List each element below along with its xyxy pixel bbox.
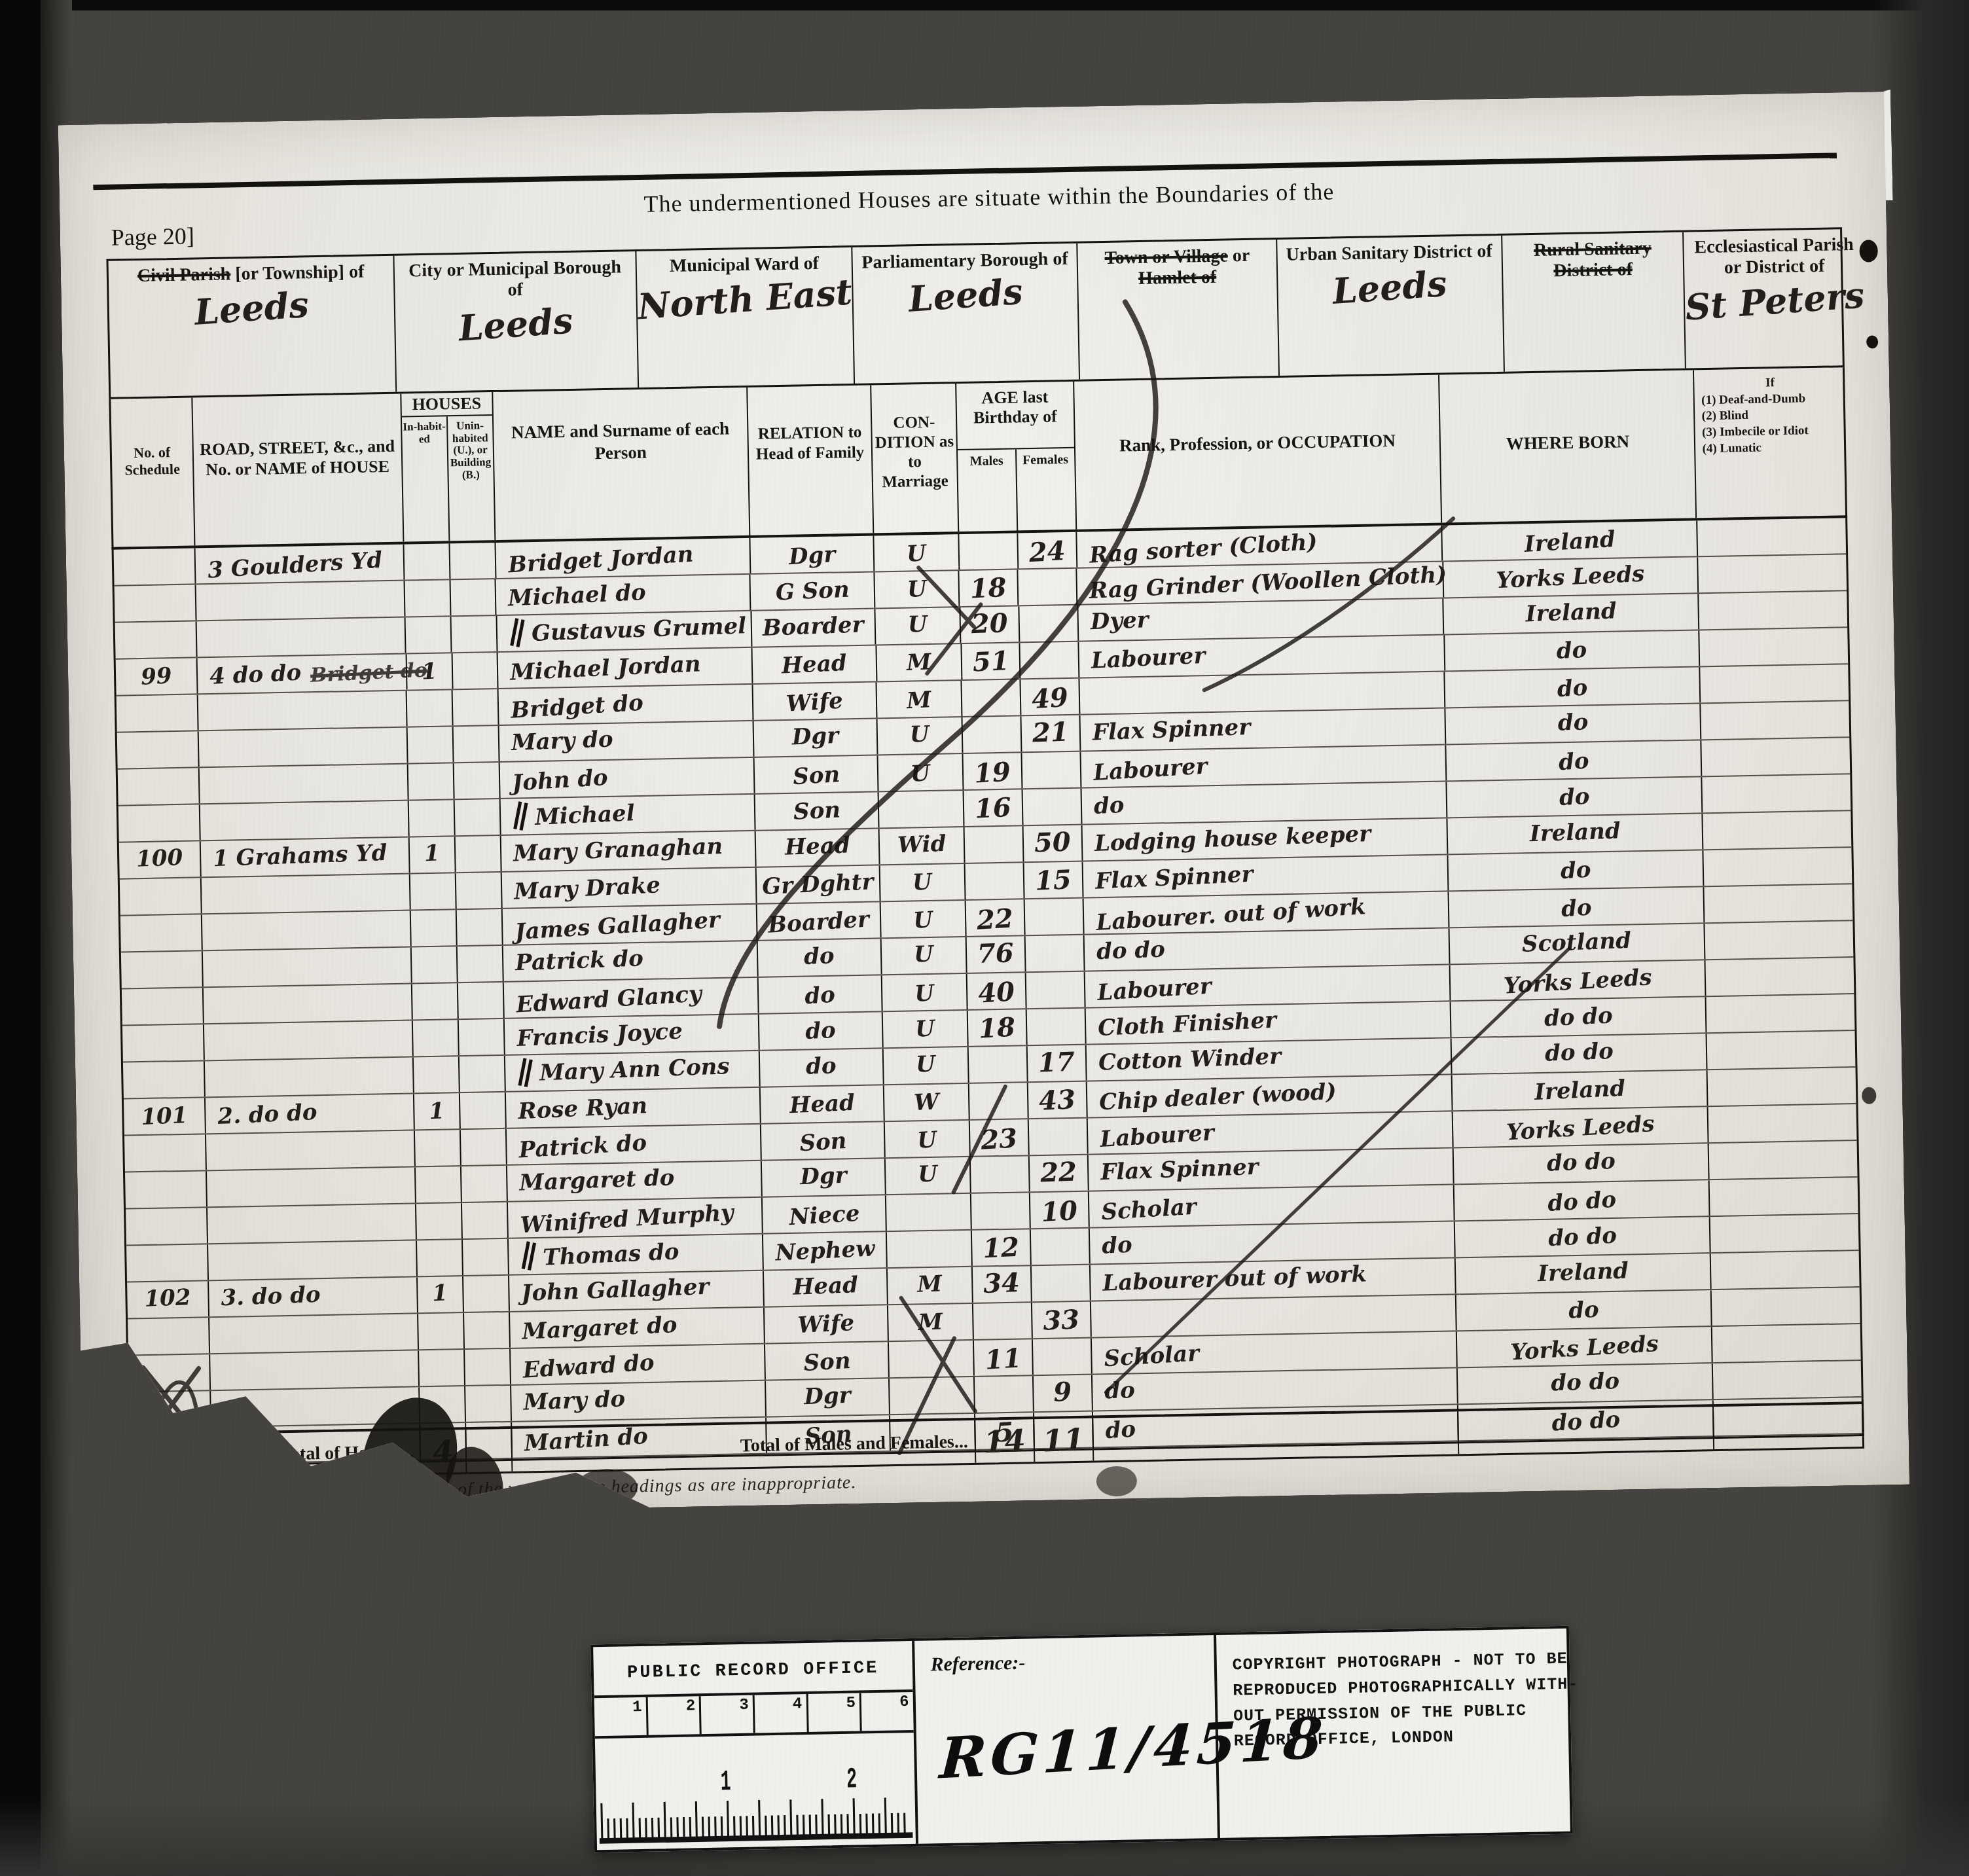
person-name: John Gallagher	[520, 1274, 709, 1307]
condition-value: U	[915, 1015, 935, 1042]
occupation-value: Cotton Winder	[1098, 1043, 1281, 1076]
cell-relation: Dgr	[766, 1379, 891, 1416]
cell-name: Edward do	[511, 1344, 766, 1384]
cell-age-female	[1022, 789, 1082, 825]
ruler-ticks-svg: 1 2	[595, 1733, 916, 1850]
cell-condition: W	[884, 1084, 970, 1121]
cell-name: Francis Joyce	[505, 1015, 760, 1055]
household-separator-mark: ∥	[506, 615, 528, 653]
cell-schedule	[121, 951, 204, 988]
cell-inhabited: 1	[406, 653, 453, 689]
where-born-value: Yorks Leeds	[1509, 1331, 1659, 1366]
cell-occupation: Labourer. out of work	[1083, 892, 1450, 933]
cell-name: Edward Glancy	[503, 978, 759, 1018]
cell-road	[209, 1314, 419, 1353]
occupation-value: Dyer	[1090, 607, 1149, 635]
condition-value: M	[906, 687, 932, 714]
col-header-condition: CON-DITION as to Marriage	[871, 384, 959, 533]
cell-infirmity	[1704, 884, 1852, 922]
cell-condition: U	[881, 901, 967, 937]
cell-road	[201, 874, 410, 913]
infirmity-header-line: (4) Lunatic	[1702, 439, 1840, 458]
cell-name: Rose Ryan	[506, 1088, 761, 1128]
inhabited-mark: 1	[432, 1280, 448, 1307]
cell-occupation: Rag Grinder (Woollen Cloth)	[1077, 562, 1444, 604]
cell-name: Mary do	[511, 1381, 767, 1421]
cell-infirmity	[1701, 738, 1850, 776]
age-female-value: 10	[1040, 1195, 1078, 1227]
person-name: Francis Joyce	[516, 1018, 683, 1052]
cell-name: James Gallagher	[502, 905, 757, 945]
cell-uninhabited	[462, 1202, 509, 1238]
occupation-value: Chip dealer (wood)	[1098, 1079, 1337, 1116]
cell-uninhabited	[450, 543, 496, 579]
cell-infirmity	[1707, 1031, 1855, 1069]
cell-schedule: 99	[116, 658, 198, 694]
cell-uninhabited	[454, 763, 500, 799]
cell-schedule	[125, 1171, 208, 1208]
cell-occupation: Rag sorter (Cloth)	[1077, 526, 1443, 568]
cell-age-male	[971, 1156, 1030, 1193]
infirmity-header-line: If	[1701, 374, 1839, 393]
cell-name: ∥Michael	[500, 795, 755, 835]
cell-uninhabited	[451, 616, 497, 652]
cell-age-female	[1027, 1009, 1087, 1045]
occupation-value: Rag sorter (Cloth)	[1089, 529, 1318, 569]
cell-age-male	[963, 716, 1022, 753]
cell-condition	[879, 791, 965, 827]
age-male-value: 19	[973, 756, 1011, 789]
cell-age-female	[1031, 1229, 1091, 1265]
relation-value: Son	[792, 761, 840, 790]
header-box-label-segment: Civil Parish	[137, 264, 231, 286]
cell-where-born: do do	[1455, 1217, 1710, 1257]
col-header-infirmity: If(1) Deaf-and-Dumb(2) Blind(3) Imbecile…	[1694, 367, 1845, 518]
condition-value: M	[906, 649, 931, 676]
pro-stamp-card: PUBLIC RECORD OFFICE 123456 1 2 Referenc…	[590, 1626, 1573, 1853]
cell-where-born: do	[1447, 777, 1703, 817]
age-male-value: 23	[980, 1123, 1018, 1155]
ruler-segment: 6	[861, 1692, 914, 1731]
cell-age-female	[1029, 1119, 1089, 1155]
where-born-value: do	[1557, 675, 1589, 703]
cell-occupation	[1091, 1295, 1458, 1337]
cell-road	[198, 691, 407, 731]
cell-road	[207, 1167, 416, 1206]
condition-value: U	[912, 869, 933, 895]
cell-occupation: Flax Spinner	[1088, 1148, 1454, 1190]
cell-where-born: do do	[1452, 1034, 1707, 1073]
cell-inhabited	[417, 1240, 463, 1276]
person-name: Bridget Jordan	[507, 541, 694, 579]
person-name: Thomas do	[543, 1238, 680, 1271]
relation-value: Dgr	[788, 541, 836, 570]
cell-condition: U	[876, 607, 962, 644]
ruler-segment: 5	[808, 1693, 862, 1732]
cell-age-male: 23	[970, 1119, 1030, 1156]
road-name: 4 do do	[209, 660, 302, 690]
cell-condition: U	[882, 974, 968, 1011]
header-box-label: Urban Sanitary District of	[1277, 241, 1502, 266]
cell-infirmity	[1707, 1068, 1856, 1106]
cell-where-born: do	[1449, 887, 1705, 927]
cell-inhabited	[405, 580, 451, 616]
where-born-value: do	[1568, 1297, 1599, 1324]
age-female-value: 43	[1038, 1084, 1076, 1117]
cell-condition: U	[878, 717, 964, 754]
cell-age-male: 18	[960, 569, 1019, 606]
relation-value: Son	[803, 1348, 851, 1377]
occupation-value: Labourer	[1096, 973, 1212, 1005]
header-box-label: Rural Sanitary District of	[1502, 238, 1684, 283]
cell-age-female: 15	[1024, 862, 1083, 899]
condition-value: M	[918, 1308, 943, 1336]
cell-condition: U	[883, 1011, 969, 1047]
occupation-value: Scholar	[1100, 1194, 1197, 1226]
cell-relation: do	[760, 1049, 885, 1086]
ruler-segment-number: 2	[686, 1697, 696, 1715]
pro-office-title: PUBLIC RECORD OFFICE	[593, 1641, 912, 1698]
person-name: Mary do	[511, 726, 613, 756]
cell-infirmity	[1705, 958, 1854, 996]
header-box: City or Municipal Borough of Leeds	[394, 251, 639, 392]
relation-value: Son	[793, 797, 841, 825]
cell-where-born: do	[1449, 850, 1704, 890]
cell-age-female: 9	[1034, 1375, 1093, 1412]
cell-schedule	[118, 804, 201, 841]
occupation-value: Labourer	[1091, 643, 1206, 674]
cell-infirmity	[1702, 774, 1851, 812]
header-box-label-segment: Municipal Ward of	[670, 253, 820, 276]
header-box-label-segment: City or Municipal Borough of	[408, 257, 621, 300]
relation-value: Nephew	[774, 1235, 875, 1266]
col-header-road: ROAD, STREET, &c., and No. or NAME of HO…	[192, 394, 404, 546]
cell-road	[196, 581, 405, 621]
header-box-label-segment: Rural Sanitary District of	[1534, 238, 1652, 281]
cell-inhabited	[408, 763, 455, 799]
cell-schedule	[122, 988, 204, 1024]
cell-uninhabited	[452, 689, 499, 725]
cell-infirmity	[1700, 664, 1849, 702]
cell-uninhabited	[465, 1386, 512, 1422]
cell-schedule	[123, 1061, 206, 1098]
cell-age-female	[1026, 972, 1086, 1009]
header-box-handwritten-value: Leeds	[193, 283, 310, 333]
ruler-segment: 4	[754, 1694, 808, 1733]
cell-relation: Wife	[753, 682, 878, 719]
cell-schedule	[128, 1354, 211, 1391]
road-name: 3 Goulders Yd	[207, 547, 383, 584]
ink-blot	[1096, 1466, 1137, 1496]
where-born-value: do do	[1544, 1038, 1614, 1067]
where-born-value: do	[1558, 748, 1590, 776]
cell-condition: U	[884, 1047, 969, 1084]
relation-value: G Son	[775, 577, 850, 606]
age-female-value: 22	[1039, 1156, 1077, 1188]
condition-value: U	[910, 760, 931, 787]
relation-value: Gr Dghtr	[762, 869, 875, 900]
relation-value: Wife	[797, 1310, 856, 1339]
cell-schedule	[129, 1391, 211, 1428]
cell-age-male	[969, 1046, 1028, 1083]
relation-value: do	[806, 1053, 837, 1080]
totals-infirmity-cell	[1713, 1404, 1862, 1449]
totals-mark-cell	[130, 1434, 212, 1478]
cell-inhabited	[416, 1203, 463, 1239]
person-name: Margaret do	[518, 1164, 674, 1196]
relation-value: Son	[799, 1128, 847, 1157]
header-box-label-segment: Urban Sanitary District of	[1286, 241, 1492, 265]
cell-occupation: do do	[1084, 928, 1451, 970]
header-box-label: City or Municipal Borough of	[394, 257, 636, 303]
age-male-value: 40	[977, 976, 1015, 1009]
page-number: Page 20]	[111, 222, 194, 251]
cell-age-male: 16	[964, 789, 1024, 826]
age-male-value: 76	[977, 937, 1014, 969]
household-separator-mark: ∥	[517, 1237, 539, 1275]
cell-age-male: 40	[967, 973, 1027, 1009]
age-male-value: 12	[982, 1231, 1020, 1264]
ruler-segment: 2	[647, 1696, 702, 1735]
cell-infirmity	[1703, 848, 1852, 886]
cell-age-female: 10	[1030, 1192, 1090, 1229]
where-born-value: do	[1556, 637, 1587, 664]
occupation-value: Flax Spinner	[1100, 1154, 1259, 1186]
condition-value: U	[910, 721, 930, 748]
col-header-age: AGE last Birthday of Males Females	[956, 382, 1077, 532]
header-box-label-segment: Parliamentary Borough of	[861, 249, 1068, 273]
age-male-value: 11	[984, 1343, 1022, 1375]
cell-where-born: do	[1456, 1290, 1712, 1330]
cell-age-female	[1018, 569, 1077, 605]
col-header-females: Females	[1017, 448, 1075, 532]
ruler-segment: 1	[594, 1697, 649, 1737]
cell-relation: Wife	[765, 1305, 890, 1343]
where-born-value: do	[1561, 895, 1593, 923]
cell-occupation: Dyer	[1078, 598, 1445, 640]
cell-uninhabited	[457, 909, 503, 945]
cell-inhabited	[416, 1166, 462, 1202]
person-name: John do	[511, 765, 609, 797]
person-name: Edward do	[522, 1350, 655, 1384]
cell-where-born: Yorks Leeds	[1443, 557, 1699, 597]
pro-ruler-section: PUBLIC RECORD OFFICE 123456 1 2	[593, 1641, 918, 1850]
cell-age-female: 24	[1018, 532, 1077, 569]
cell-schedule	[130, 1428, 212, 1464]
cell-infirmity	[1699, 628, 1848, 666]
cell-uninhabited	[461, 1166, 508, 1202]
cell-relation: Son	[755, 792, 880, 829]
header-box: Rural Sanitary District of	[1502, 232, 1687, 372]
cell-uninhabited	[453, 726, 499, 762]
totals-mf-label-cell: Total of Males and Females...	[512, 1420, 976, 1471]
cell-condition: M	[876, 644, 962, 681]
relation-value: Dgr	[791, 723, 839, 751]
cell-occupation: Labourer	[1079, 635, 1445, 677]
cell-road	[200, 801, 409, 840]
cell-relation: do	[759, 1012, 884, 1049]
header-box-label: Civil Parish [or Township] of	[109, 261, 393, 287]
cell-occupation: Flax Spinner	[1083, 855, 1449, 897]
condition-value: Wid	[897, 831, 947, 859]
cell-occupation: Labourer	[1087, 1111, 1454, 1153]
cell-relation: Dgr	[762, 1159, 887, 1196]
cell-condition: U	[878, 754, 964, 791]
ink-dot	[1859, 240, 1878, 262]
cell-condition	[886, 1194, 972, 1231]
relation-value: Head	[789, 1090, 855, 1119]
schedule-number: 100	[135, 844, 183, 873]
cell-schedule	[124, 1134, 207, 1171]
condition-value: U	[918, 1161, 938, 1188]
cell-age-male	[975, 1376, 1034, 1413]
ruler-segment-number: 1	[632, 1699, 642, 1716]
header-box: Municipal Ward of North East	[636, 247, 855, 388]
road-name: 3. do do	[221, 1282, 321, 1311]
person-name: Winifred Murphy	[519, 1200, 734, 1239]
cell-occupation: Labourer out of work	[1091, 1258, 1457, 1300]
col-header-males: Males	[958, 449, 1018, 533]
cell-schedule	[114, 548, 196, 585]
header-box-label-segment: Hamlet of	[1138, 267, 1217, 289]
age-group-label: AGE last Birthday of	[956, 382, 1074, 449]
header-box: Ecclesiastical Parish or District of St …	[1684, 229, 1866, 369]
where-born-value: do do	[1547, 1222, 1617, 1252]
cell-relation: Son	[754, 755, 879, 793]
cell-age-male	[971, 1193, 1031, 1229]
condition-value: U	[917, 1127, 938, 1154]
cell-name: Mary Granaghan	[501, 831, 756, 871]
cell-inhabited	[410, 873, 457, 909]
person-name: Michael	[534, 800, 635, 831]
condition-value: U	[907, 576, 927, 603]
condition-value: W	[913, 1089, 939, 1116]
person-name: Bridget do	[510, 690, 644, 724]
cell-uninhabited	[458, 983, 505, 1019]
cell-schedule	[122, 1024, 205, 1061]
cell-occupation: Flax Spinner	[1080, 708, 1447, 750]
cell-schedule	[120, 914, 203, 951]
where-born-value: Ireland	[1534, 1075, 1626, 1106]
header-box-handwritten-value: Leeds	[907, 270, 1024, 320]
cell-road	[199, 765, 408, 804]
occupation-value: Labourer	[1093, 753, 1208, 786]
where-born-value: Ireland	[1525, 598, 1617, 627]
header-box-label-segment: or	[1232, 245, 1249, 266]
age-male-value: 34	[983, 1267, 1021, 1299]
ruler-segment-number: 6	[899, 1693, 909, 1711]
cell-road	[196, 618, 406, 657]
cell-relation: Head	[764, 1269, 889, 1306]
totals-males-females-label: Total of Males and Females...	[740, 1432, 968, 1456]
cell-road	[204, 984, 413, 1023]
cell-inhabited	[415, 1130, 461, 1166]
condition-value: U	[916, 1051, 936, 1078]
relation-value: Dgr	[800, 1163, 848, 1191]
condition-value: U	[914, 980, 935, 1007]
where-born-value: do do	[1550, 1368, 1619, 1397]
cell-relation: Niece	[763, 1195, 888, 1233]
where-born-value: Scotland	[1522, 928, 1632, 958]
cell-inhabited	[419, 1350, 465, 1386]
person-name: Mary Ann Cons	[539, 1053, 731, 1086]
header-box-label-segment: [or Township] of	[235, 262, 365, 285]
person-name: James Gallagher	[514, 907, 721, 945]
cell-where-born: Yorks Leeds	[1453, 1107, 1708, 1147]
relation-value: Boarder	[767, 906, 870, 938]
cell-age-male: 76	[967, 936, 1026, 973]
condition-value: U	[912, 907, 933, 934]
cell-uninhabited	[460, 1056, 506, 1092]
road-name: 2. do do	[217, 1099, 317, 1130]
col-header-relation: RELATION to Head of Family	[748, 385, 875, 535]
cell-condition: M	[888, 1267, 973, 1304]
ruler-segment-number: 4	[793, 1695, 803, 1713]
where-born-value: do do	[1546, 1148, 1616, 1177]
occupation-value: do	[1101, 1232, 1132, 1259]
col-header-name: NAME and Surname of each Person	[493, 388, 750, 540]
cell-inhabited	[411, 910, 458, 946]
col-header-inhabited: In-habit-ed	[402, 416, 450, 541]
inhabited-mark: 1	[421, 658, 437, 685]
cell-name: Margaret do	[507, 1161, 763, 1201]
cell-where-born: Scotland	[1450, 924, 1705, 964]
cell-condition: U	[880, 864, 966, 901]
reference-label: Reference:-	[930, 1652, 1026, 1676]
cell-where-born: do	[1445, 630, 1700, 670]
photo-border-left	[0, 0, 41, 1876]
where-born-value: do	[1557, 709, 1589, 736]
cell-relation: do	[759, 975, 884, 1013]
photo-border-top	[0, 0, 1969, 10]
cell-condition: M	[877, 681, 963, 717]
cell-where-born: do do	[1458, 1363, 1713, 1403]
cell-where-born: Ireland	[1443, 520, 1698, 560]
where-born-value: do do	[1547, 1187, 1617, 1217]
age-male-value: 18	[978, 1011, 1016, 1044]
cell-relation: G Son	[751, 572, 875, 609]
cell-infirmity	[1711, 1288, 1860, 1326]
cell-where-born: do do	[1454, 1144, 1709, 1183]
cell-age-male: 12	[972, 1229, 1032, 1266]
cell-name: Margaret do	[510, 1308, 765, 1348]
relation-value: Head	[792, 1272, 858, 1301]
cell-uninhabited	[463, 1239, 509, 1275]
cell-age-male: 34	[973, 1266, 1032, 1303]
cell-occupation: do	[1081, 782, 1448, 823]
census-sheet: Page 20] The undermentioned Houses are s…	[58, 92, 1910, 1518]
houses-group-label: HOUSES	[401, 392, 492, 418]
age-female-value: 49	[1031, 681, 1069, 714]
cell-name: Patrick do	[503, 941, 758, 981]
cell-relation: Head	[761, 1085, 886, 1123]
relation-value: Dgr	[804, 1382, 852, 1411]
cell-schedule	[117, 694, 199, 731]
cell-age-male	[965, 826, 1024, 863]
cell-relation: Dgr	[753, 719, 878, 756]
cell-inhabited	[409, 800, 456, 836]
person-name: Michael do	[507, 579, 646, 612]
ruler-segment: 3	[701, 1695, 755, 1735]
cell-relation: Head	[755, 829, 880, 866]
cell-relation: Boarder	[757, 902, 882, 939]
cell-infirmity	[1698, 554, 1847, 592]
cell-age-female: 33	[1032, 1302, 1092, 1339]
cell-where-born: Ireland	[1456, 1254, 1711, 1293]
cell-occupation: Chip dealer (wood)	[1087, 1075, 1453, 1117]
occupation-value: Lodging house keeper	[1094, 821, 1371, 857]
ruler-ticks: 1 2	[595, 1733, 916, 1850]
